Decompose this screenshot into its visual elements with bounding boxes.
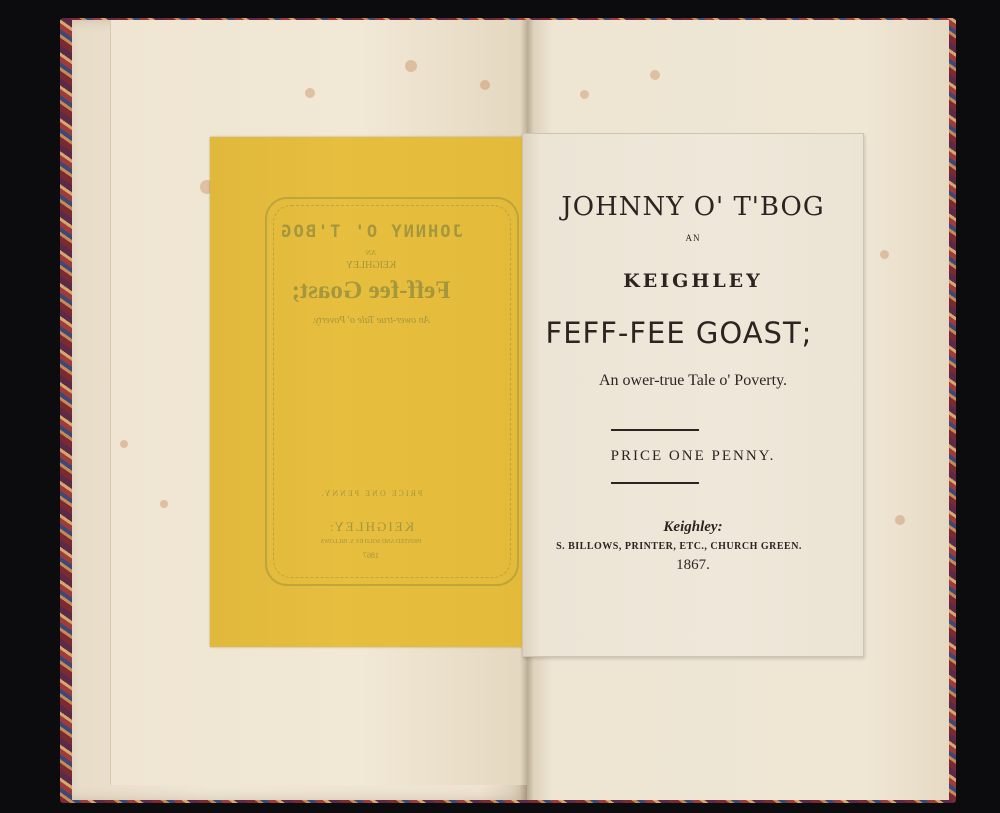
subtitle: An ower-true Tale o' Poverty. — [523, 372, 863, 390]
wrapper-place-showthrough: KEIGHLEY — [210, 260, 532, 271]
pamphlet-title: JOHNNY O' T'BOG — [523, 192, 863, 222]
foxing-spot — [405, 60, 417, 72]
divider-rule — [611, 429, 699, 431]
foxing-spot — [650, 70, 660, 80]
wrapper-year-showthrough: 1867 — [210, 551, 532, 560]
wrapper-connector-showthrough: AN — [210, 249, 532, 257]
foxing-spot — [305, 88, 315, 98]
wrapper-imprint-showthrough: KEIGHLEY: — [210, 519, 532, 535]
foxing-spot — [120, 440, 128, 448]
foxing-spot — [160, 500, 168, 508]
wrapper-subtitle-showthrough: An ower-true Tale o' Poverty. — [210, 315, 532, 326]
divider-rule — [611, 482, 699, 484]
foxing-spot — [580, 90, 589, 99]
price-line: PRICE ONE PENNY. — [523, 448, 863, 465]
wrapper-price-showthrough: PRICE ONE PENNY. — [210, 489, 532, 498]
printer-line: S. BILLOWS, PRINTER, ETC., CHURCH GREEN. — [509, 541, 849, 552]
wrapper-title-showthrough: JOHNNY O' T'BOG — [210, 222, 532, 242]
place-heading: KEIGHLEY — [523, 270, 863, 292]
wrapper-main-title-showthrough: Feff-fee Goast; — [210, 277, 532, 305]
wrapper-printer-showthrough: PRINTED AND SOLD BY S. BILLOWS — [210, 539, 532, 545]
publication-year: 1867. — [523, 557, 863, 574]
foxing-spot — [895, 515, 905, 525]
main-title: FEFF-FEE GOAST; — [509, 316, 849, 350]
imprint-place: Keighley: — [523, 519, 863, 536]
foxing-spot — [480, 80, 490, 90]
foxing-spot — [880, 250, 889, 259]
title-page: JOHNNY O' T'BOG AN KEIGHLEY FEFF-FEE GOA… — [522, 133, 864, 657]
title-connector: AN — [523, 233, 863, 243]
yellow-paper-wrapper: JOHNNY O' T'BOG AN KEIGHLEY Feff-fee Goa… — [210, 137, 532, 647]
